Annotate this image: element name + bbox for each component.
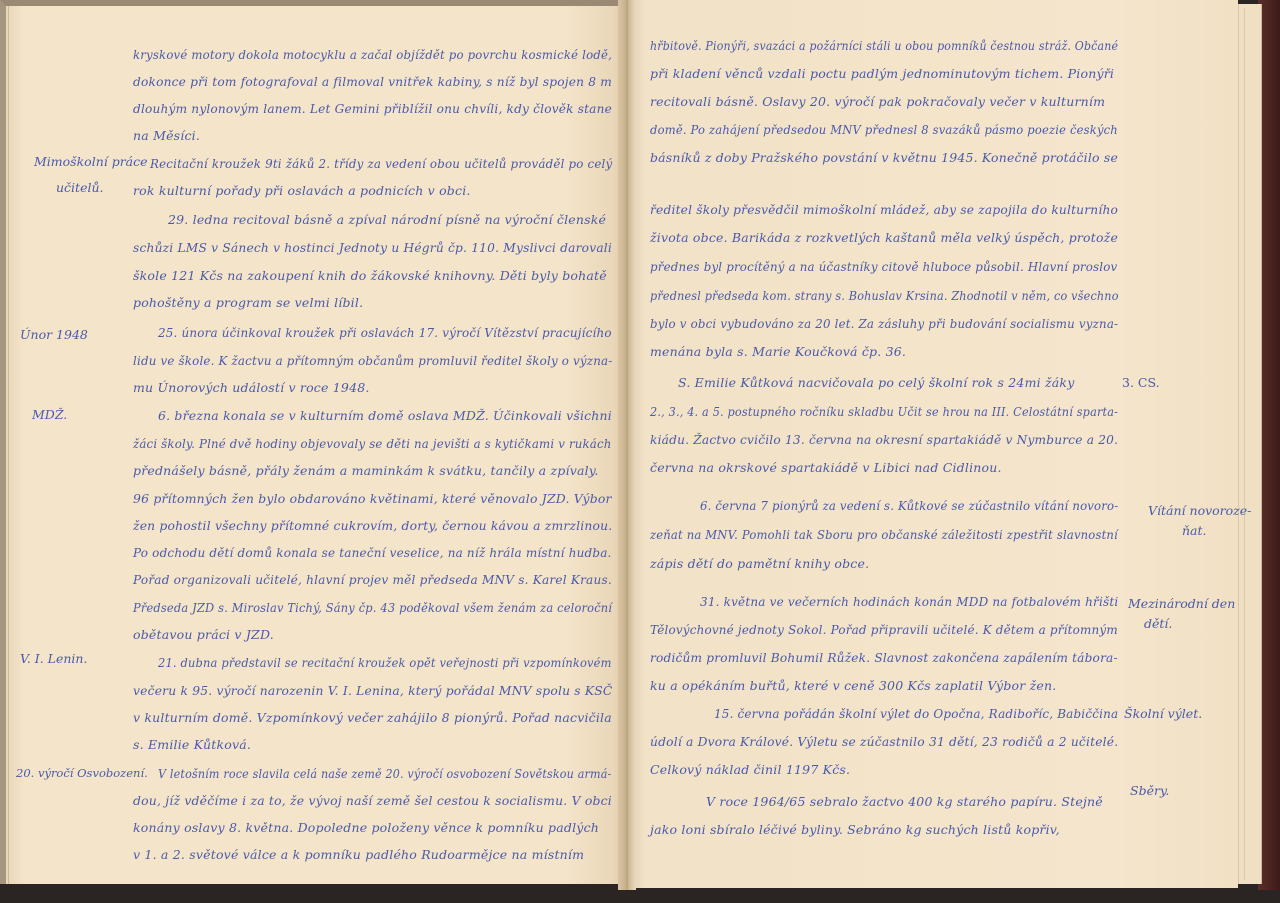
margin-note-mimoskolni: Mimoškolní práce učitelů.	[34, 154, 148, 196]
text-line: domě. Po zahájení předsedou MNV přednesl…	[650, 122, 1118, 138]
text-line: ku a opékáním buřtů, které v ceně 300 Kč…	[650, 678, 1056, 694]
text-line: Celkový náklad činil 1197 Kčs.	[650, 762, 850, 778]
text-line: Tělovýchovné jednoty Sokol. Pořad připra…	[650, 622, 1118, 638]
text-line: přednášely básně, přály ženám a maminkám…	[133, 463, 599, 479]
text-line: přednesl předseda kom. strany s. Bohusla…	[650, 288, 1119, 304]
text-line: dokonce při tom fotografoval a filmoval …	[133, 74, 612, 90]
paragraph-start: 6. března konala se v kulturním domě osl…	[158, 408, 612, 424]
margin-note-line: Mimoškolní práce	[34, 154, 148, 170]
text-line: večeru k 95. výročí narozenin V. I. Leni…	[133, 683, 613, 699]
text-line: básníků z doby Pražského povstání v květ…	[650, 150, 1118, 166]
text-line: 96 přítomných žen bylo obdarováno květin…	[133, 491, 612, 507]
text-line: konány oslavy 8. května. Dopoledne polož…	[133, 820, 599, 836]
book-gutter	[618, 0, 636, 890]
text-line: jako loni sbíralo léčivé byliny. Sebráno…	[650, 822, 1060, 838]
paragraph-start: Recitační kroužek 9ti žáků 2. třídy za v…	[150, 156, 612, 172]
margin-note-vylet: Školní výlet.	[1124, 706, 1202, 722]
margin-note-cs3: 3. CS.	[1122, 375, 1160, 391]
text-line: ředitel školy přesvědčil mimoškolní mlád…	[650, 202, 1118, 218]
text-line: 2., 3., 4. a 5. postupného ročníku sklad…	[650, 404, 1118, 420]
text-line: na Měsíci.	[133, 128, 200, 144]
text-line: Pořad organizovali učitelé, hlavní proje…	[133, 572, 612, 588]
page-stack-edge-inner	[1244, 8, 1259, 880]
text-line: dou, jíž vděčíme i za to, že vývoj naší …	[133, 793, 612, 809]
margin-note-vitani: Vítání novoroze- ňat.	[1148, 503, 1251, 539]
margin-note-lenin: V. I. Lenin.	[20, 651, 87, 667]
text-line: hřbitově. Pionýři, svazáci a požárníci s…	[650, 38, 1118, 54]
text-line: při kladení věnců vzdali poctu padlým je…	[650, 66, 1114, 82]
margin-note-mdz: MDŽ.	[32, 407, 67, 423]
text-line: Po odchodu dětí domů konala se taneční v…	[133, 545, 612, 561]
text-line: bylo v obci vybudováno za 20 let. Za zás…	[650, 316, 1118, 332]
paragraph-start: 15. června pořádán školní výlet do Opočn…	[714, 706, 1118, 722]
text-line: rodičům promluvil Bohumil Růžek. Slavnos…	[650, 650, 1118, 666]
text-line: obětavou práci v JZD.	[133, 627, 274, 643]
text-line: lidu ve škole. K žactvu a přítomným obča…	[133, 353, 612, 369]
margin-note-osvobozeni: 20. výročí Osvobození.	[16, 765, 148, 781]
paragraph-start: 6. června 7 pionýrů za vedení s. Kůtkové…	[700, 498, 1118, 514]
paragraph-start: 29. ledna recitoval básně a zpíval národ…	[168, 212, 606, 228]
paragraph-start: V roce 1964/65 sebralo žactvo 400 kg sta…	[706, 794, 1103, 810]
text-line: recitovali básně. Oslavy 20. výročí pak …	[650, 94, 1105, 110]
text-line: schůzi LMS v Sánech v hostinci Jednoty u…	[133, 240, 612, 256]
margin-note-line: Mezinárodní den	[1128, 596, 1235, 612]
margin-note-line: dětí.	[1144, 616, 1235, 632]
paragraph-start: 21. dubna představil se recitační krouže…	[158, 655, 612, 671]
text-line: škole 121 Kčs na zakoupení knih do žákov…	[133, 268, 607, 284]
paragraph-start: V letošním roce slavila celá naše země 2…	[158, 766, 612, 782]
text-line: dlouhým nylonovým lanem. Let Gemini přib…	[133, 101, 612, 117]
text-line: menána byla s. Marie Koučková čp. 36.	[650, 344, 906, 360]
text-line: zeňat na MNV. Pomohli tak Sboru pro obča…	[650, 527, 1118, 543]
margin-note-mdd: Mezinárodní den dětí.	[1128, 596, 1235, 632]
paragraph-start: 25. února účinkoval kroužek při oslavách…	[158, 325, 612, 341]
text-line: června na okrskové spartakiádě v Libici …	[650, 460, 1002, 476]
text-line: Předseda JZD s. Miroslav Tichý, Sány čp.…	[133, 600, 612, 616]
margin-note-line: Vítání novoroze-	[1148, 503, 1251, 519]
margin-note-line: ňat.	[1182, 523, 1251, 539]
text-line: života obce. Barikáda z rozkvetlých kašt…	[650, 230, 1118, 246]
margin-note-sbery: Sběry.	[1130, 783, 1169, 799]
margin-note-unor: Únor 1948	[20, 327, 88, 343]
text-line: pohoštěny a program se velmi líbil.	[133, 295, 363, 311]
text-line: rok kulturní pořady při oslavách a podni…	[133, 183, 471, 199]
text-line: kiádu. Žactvo cvičilo 13. června na okre…	[650, 432, 1118, 448]
text-line: žáci školy. Plné dvě hodiny objevovaly s…	[133, 436, 612, 452]
text-line: žen pohostil všechny přítomné cukrovím, …	[133, 518, 612, 534]
text-line: v 1. a 2. světové válce a k pomníku padl…	[133, 847, 584, 863]
paragraph-start: 31. května ve večerních hodinách konán M…	[700, 594, 1118, 610]
text-line: s. Emilie Kůtková.	[133, 737, 251, 753]
text-line: údolí a Dvora Králové. Výletu se zúčastn…	[650, 734, 1118, 750]
text-line: zápis dětí do pamětní knihy obce.	[650, 556, 869, 572]
paragraph-start: S. Emilie Kůtková nacvičovala po celý šk…	[678, 375, 1074, 391]
open-book: Mimoškolní práce učitelů. Únor 1948 MDŽ.…	[0, 0, 1280, 903]
text-line: kryskové motory dokola motocyklu a začal…	[133, 47, 612, 63]
text-line: v kulturním domě. Vzpomínkový večer zahá…	[133, 710, 612, 726]
text-line: přednes byl procítěný a na účastníky cit…	[650, 259, 1117, 275]
text-line: mu Únorových událostí v roce 1948.	[133, 380, 370, 396]
